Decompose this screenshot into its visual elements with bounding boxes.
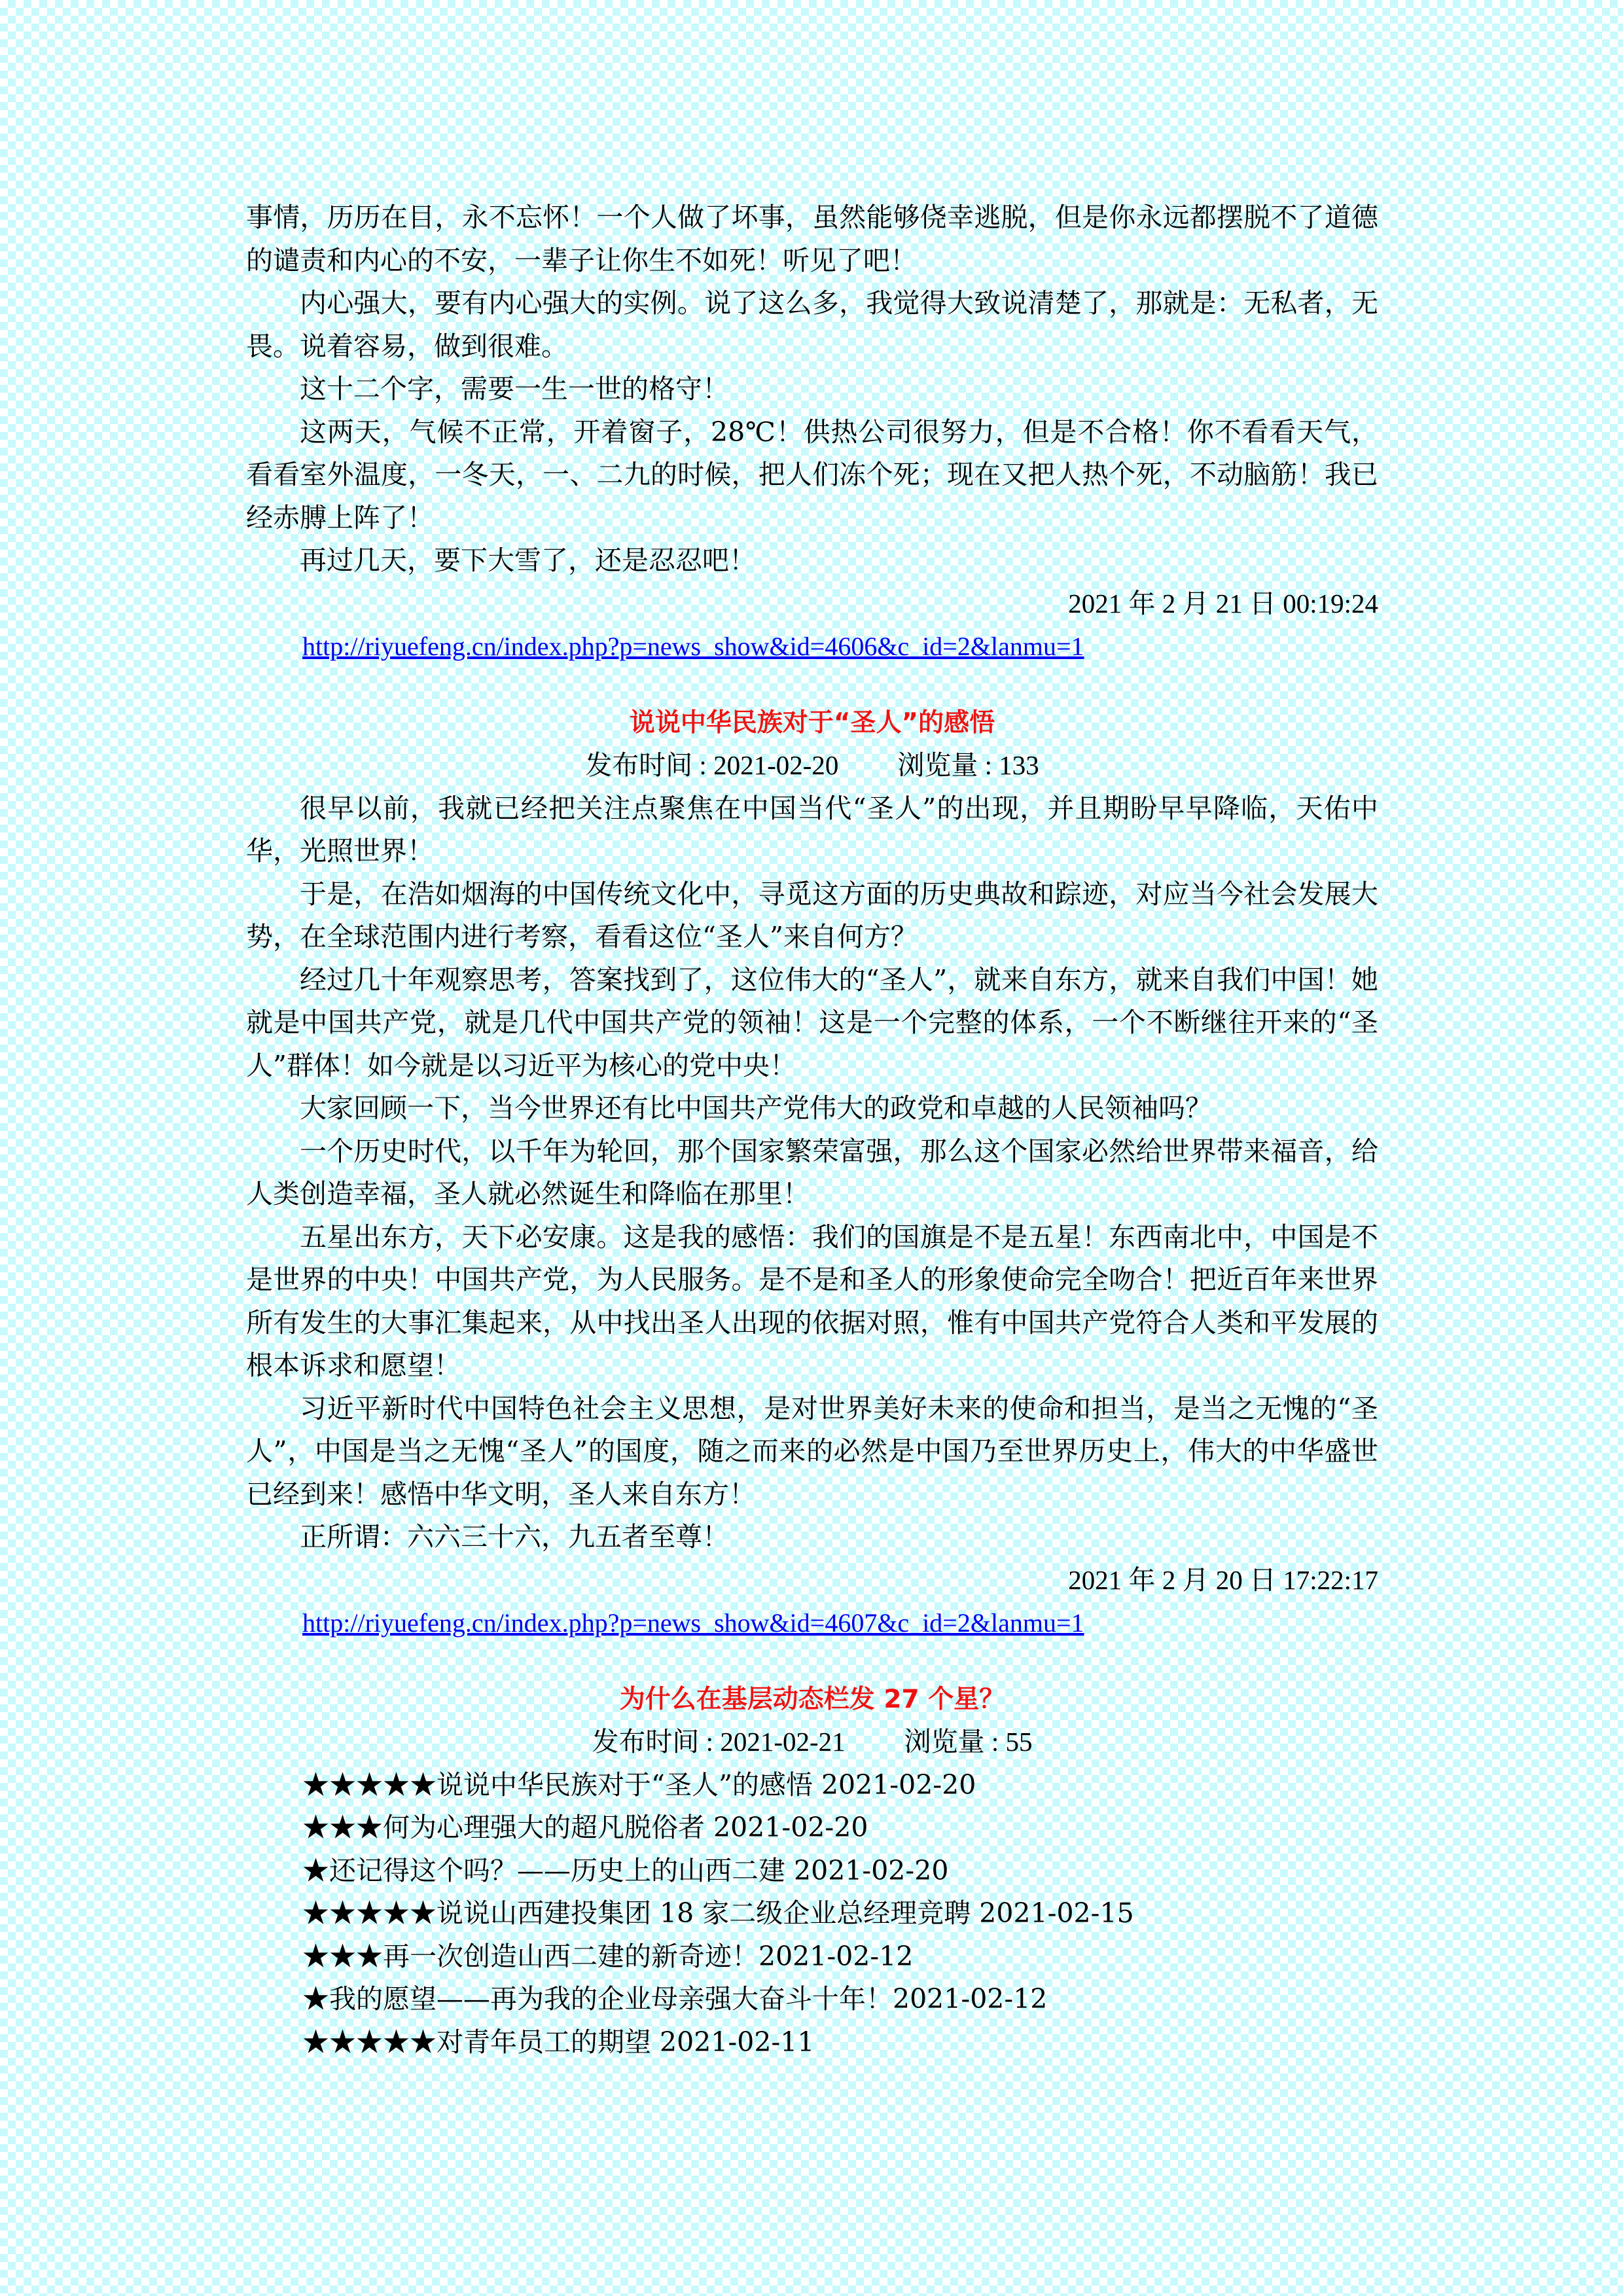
- article-meta: 发布时间 : 2021-02-21浏览量 : 55: [246, 1721, 1378, 1764]
- article-2: 说说中华民族对于“圣人”的感悟 发布时间 : 2021-02-20浏览量 : 1…: [246, 702, 1378, 1645]
- list-item-text: 说说中华民族对于“圣人”的感悟 2021-02-20: [437, 1769, 976, 1801]
- star-icon: ★★★: [302, 1812, 383, 1843]
- paragraph: 事情，历历在目，永不忘怀！一个人做了坏事，虽然能够侥幸逃脱，但是你永远都摆脱不了…: [246, 196, 1378, 282]
- list-item-text: 还记得这个吗？——历史上的山西二建 2021-02-20: [329, 1855, 948, 1886]
- publish-date: 发布时间 : 2021-02-20: [585, 750, 838, 780]
- paragraph: 经过几十年观察思考，答案找到了，这位伟大的“圣人”，就来自东方，就来自我们中国！…: [246, 959, 1378, 1088]
- list-item: ★★★★★说说山西建投集团 18 家二级企业总经理竞聘 2021-02-15: [302, 1892, 1378, 1935]
- paragraph: 内心强大，要有内心强大的实例。说了这么多，我觉得大致说清楚了，那就是：无私者，无…: [246, 282, 1378, 368]
- list-item: ★★★何为心理强大的超凡脱俗者 2021-02-20: [302, 1806, 1378, 1850]
- paragraph: 再过几天，要下大雪了，还是忍忍吧！: [246, 539, 1378, 583]
- list-item-text: 我的愿望——再为我的企业母亲强大奋斗十年！2021-02-12: [329, 1983, 1047, 2015]
- list-item: ★★★★★对青年员工的期望 2021-02-11: [302, 2021, 1378, 2064]
- article-timestamp: 2021 年 2 月 20 日 17:22:17: [246, 1559, 1378, 1602]
- article-title: 说说中华民族对于“圣人”的感悟: [246, 702, 1378, 745]
- list-item-text: 对青年员工的期望 2021-02-11: [437, 2026, 814, 2058]
- list-item: ★★★★★说说中华民族对于“圣人”的感悟 2021-02-20: [302, 1764, 1378, 1807]
- star-icon: ★★★: [302, 1941, 383, 1972]
- list-item: ★我的愿望——再为我的企业母亲强大奋斗十年！2021-02-12: [302, 1978, 1378, 2021]
- spacer: [246, 1645, 1378, 1678]
- article-title: 为什么在基层动态栏发 27 个星？: [246, 1678, 1378, 1721]
- article-link[interactable]: http://riyuefeng.cn/index.php?p=news_sho…: [302, 1602, 1378, 1645]
- paragraph: 于是，在浩如烟海的中国传统文化中，寻觅这方面的历史典故和踪迹，对应当今社会发展大…: [246, 873, 1378, 959]
- view-count: 浏览量 : 133: [897, 750, 1039, 780]
- document-page: 事情，历历在目，永不忘怀！一个人做了坏事，虽然能够侥幸逃脱，但是你永远都摆脱不了…: [246, 196, 1378, 2064]
- star-icon: ★: [302, 1855, 329, 1886]
- paragraph: 习近平新时代中国特色社会主义思想，是对世界美好未来的使命和担当，是当之无愧的“圣…: [246, 1388, 1378, 1516]
- publish-date: 发布时间 : 2021-02-21: [592, 1727, 845, 1757]
- paragraph: 这两天，气候不正常，开着窗子，28℃！供热公司很努力，但是不合格！你不看看天气，…: [246, 411, 1378, 540]
- star-icon: ★★★★★: [302, 1897, 437, 1929]
- starred-article-list: ★★★★★说说中华民族对于“圣人”的感悟 2021-02-20 ★★★何为心理强…: [302, 1764, 1378, 2064]
- spacer: [246, 668, 1378, 702]
- star-icon: ★: [302, 1983, 329, 2015]
- article-link[interactable]: http://riyuefeng.cn/index.php?p=news_sho…: [302, 625, 1378, 668]
- list-item-text: 何为心理强大的超凡脱俗者 2021-02-20: [383, 1812, 868, 1843]
- list-item: ★★★再一次创造山西二建的新奇迹！2021-02-12: [302, 1935, 1378, 1979]
- paragraph: 正所谓：六六三十六，九五者至尊！: [246, 1516, 1378, 1559]
- star-icon: ★★★★★: [302, 2026, 437, 2058]
- view-count: 浏览量 : 55: [904, 1727, 1033, 1757]
- paragraph: 很早以前，我就已经把关注点聚焦在中国当代“圣人”的出现，并且期盼早早降临，天佑中…: [246, 787, 1378, 873]
- list-item-text: 说说山西建投集团 18 家二级企业总经理竞聘 2021-02-15: [437, 1897, 1134, 1929]
- article-timestamp: 2021 年 2 月 21 日 00:19:24: [246, 583, 1378, 626]
- article-1-tail: 事情，历历在目，永不忘怀！一个人做了坏事，虽然能够侥幸逃脱，但是你永远都摆脱不了…: [246, 196, 1378, 668]
- paragraph: 这十二个字，需要一生一世的格守！: [246, 368, 1378, 411]
- article-meta: 发布时间 : 2021-02-20浏览量 : 133: [246, 744, 1378, 787]
- article-3: 为什么在基层动态栏发 27 个星？ 发布时间 : 2021-02-21浏览量 :…: [246, 1678, 1378, 2064]
- star-icon: ★★★★★: [302, 1769, 437, 1801]
- paragraph: 五星出东方，天下必安康。这是我的感悟：我们的国旗是不是五星！东西南北中，中国是不…: [246, 1216, 1378, 1388]
- list-item: ★还记得这个吗？——历史上的山西二建 2021-02-20: [302, 1850, 1378, 1893]
- paragraph: 一个历史时代，以千年为轮回，那个国家繁荣富强，那么这个国家必然给世界带来福音，给…: [246, 1130, 1378, 1216]
- paragraph: 大家回顾一下，当今世界还有比中国共产党伟大的政党和卓越的人民领袖吗？: [246, 1087, 1378, 1130]
- list-item-text: 再一次创造山西二建的新奇迹！2021-02-12: [383, 1941, 913, 1972]
